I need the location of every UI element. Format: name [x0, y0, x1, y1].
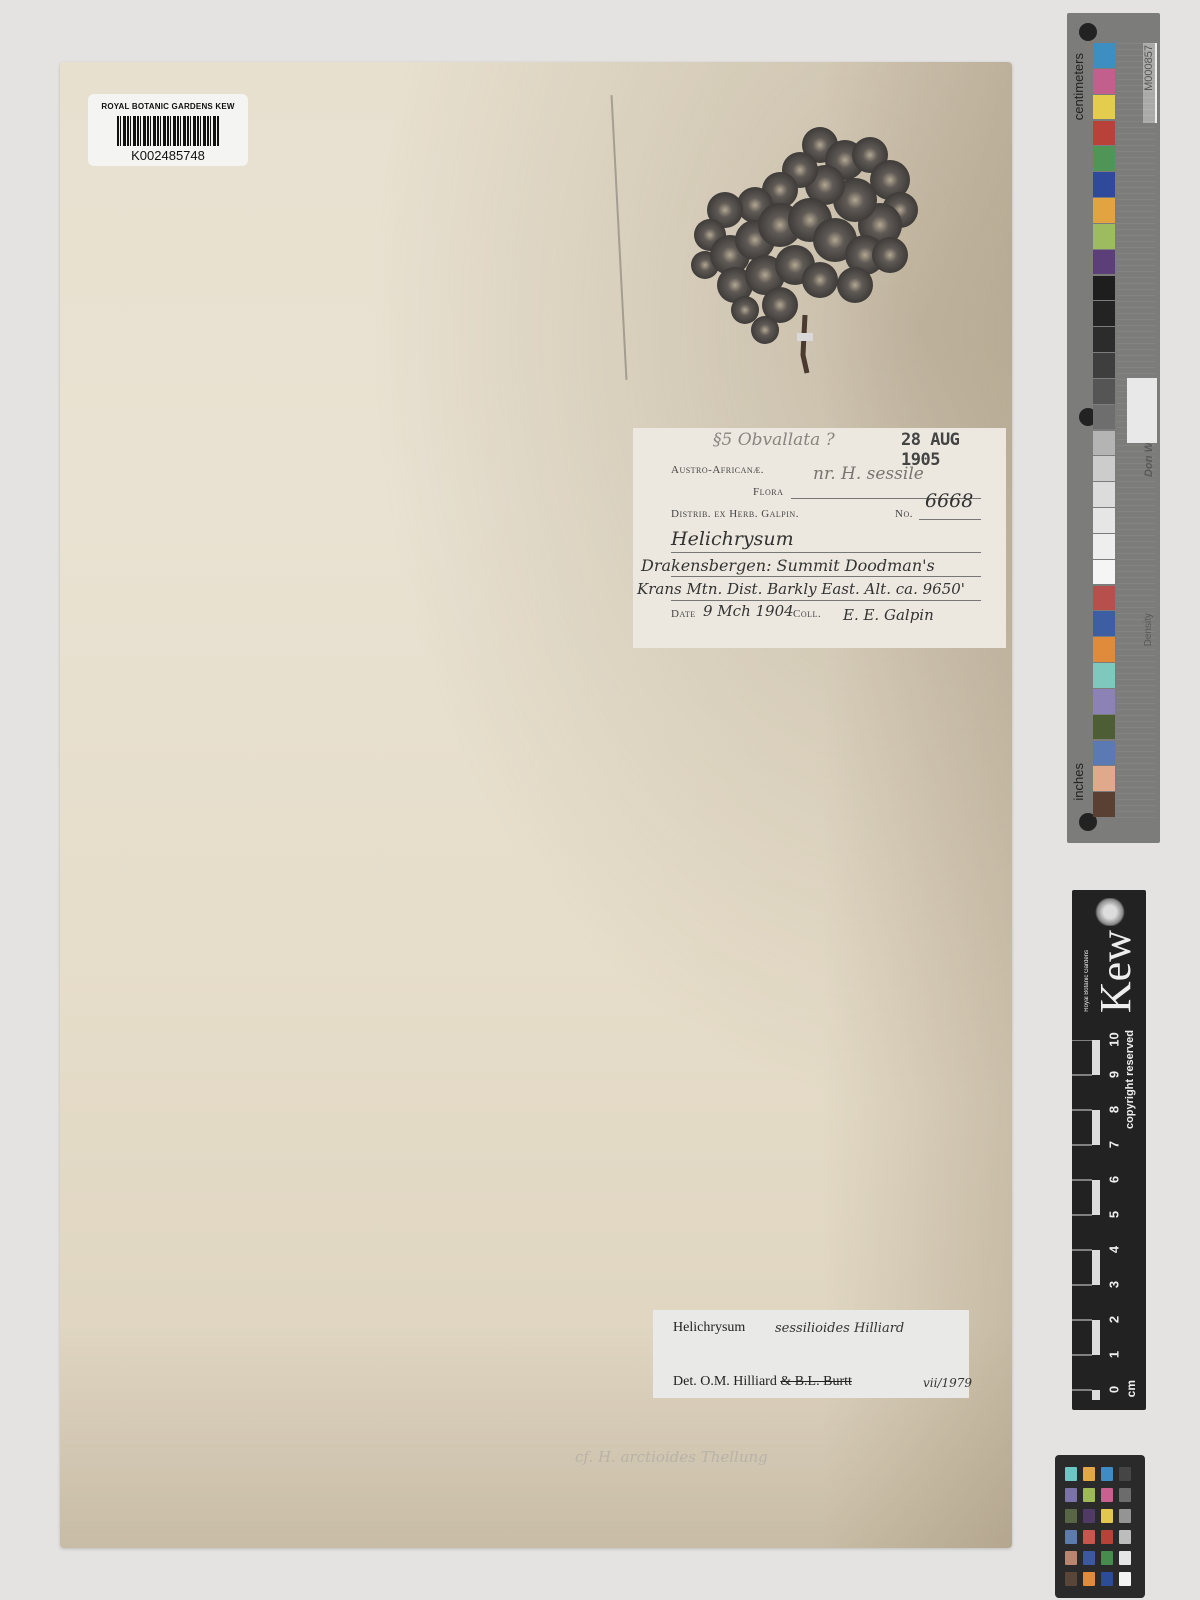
ruler-tick-label: 8	[1107, 1100, 1122, 1120]
checker-patch	[1065, 1572, 1077, 1586]
color-swatch	[1093, 43, 1115, 68]
ruler-tick-label: 0	[1107, 1380, 1122, 1400]
checker-patch	[1065, 1551, 1077, 1565]
genus-handwritten: Helichrysum	[671, 528, 794, 550]
barcode-icon	[117, 116, 219, 146]
kew-logo: Kew	[1090, 930, 1141, 1013]
kew-scale-bar: Kew Royal Botanic Gardens 012345678910 c…	[1072, 890, 1146, 1410]
checker-patch	[1083, 1467, 1095, 1481]
kew-subtitle: Royal Botanic Gardens	[1084, 950, 1090, 1012]
number-label: No.	[895, 508, 913, 520]
label-heading: Austro-Africanæ.	[671, 464, 764, 476]
color-swatch	[1093, 224, 1115, 249]
color-swatch	[1093, 792, 1115, 817]
checker-patch	[1101, 1509, 1113, 1523]
crest-icon	[1094, 898, 1126, 926]
ruler-tick-label: 6	[1107, 1170, 1122, 1190]
determiner-name: Det. O.M. Hilliard	[673, 1374, 777, 1389]
color-swatch	[1093, 69, 1115, 94]
color-swatch	[1093, 121, 1115, 146]
barcode-label: ROYAL BOTANIC GARDENS KEW K002485748	[88, 94, 248, 166]
color-swatch	[1093, 508, 1115, 533]
density-target	[1127, 378, 1157, 443]
checker-gray-patch	[1119, 1530, 1131, 1544]
color-swatch	[1093, 741, 1115, 766]
color-swatch	[1093, 276, 1115, 301]
collector-label-text: Coll.	[793, 608, 821, 620]
color-swatch	[1093, 172, 1115, 197]
checker-patch	[1101, 1572, 1113, 1586]
det-species: sessilioides Hilliard	[775, 1321, 904, 1336]
flora-value: nr. H. sessile	[813, 464, 924, 484]
color-swatch	[1093, 405, 1115, 430]
checker-patch	[1101, 1467, 1113, 1481]
checker-gray-patch	[1119, 1488, 1131, 1502]
color-swatch	[1093, 431, 1115, 456]
checker-gray-patch	[1119, 1467, 1131, 1481]
color-swatch	[1093, 353, 1115, 378]
color-swatch	[1093, 560, 1115, 585]
ruler-tick-label: 9	[1107, 1065, 1122, 1085]
ruler-tick-label: 3	[1107, 1275, 1122, 1295]
checker-patch	[1065, 1488, 1077, 1502]
color-swatch	[1093, 198, 1115, 223]
hole-icon	[1079, 23, 1097, 41]
distrib-label: Distrib. ex Herb. Galpin.	[671, 508, 799, 520]
color-swatch	[1093, 456, 1115, 481]
color-swatch	[1093, 482, 1115, 507]
locality-line-1: Drakensbergen: Summit Doodman's	[641, 556, 935, 575]
determiner: Det. O.M. Hilliard & B.L. Burtt	[673, 1374, 852, 1390]
checker-patch	[1083, 1530, 1095, 1544]
unit-top-label: centimeters	[1071, 53, 1086, 120]
color-swatch	[1093, 327, 1115, 352]
color-swatch	[1093, 586, 1115, 611]
checker-patch	[1083, 1551, 1095, 1565]
checker-gray-patch	[1119, 1509, 1131, 1523]
checker-patch	[1101, 1488, 1113, 1502]
ruler-tick-label: 2	[1107, 1310, 1122, 1330]
copyright-label: copyright reserved	[1124, 1030, 1136, 1129]
color-swatch	[1093, 95, 1115, 120]
ruler-tick-label: 4	[1107, 1240, 1122, 1260]
ruler-tick-label: 10	[1107, 1030, 1122, 1050]
checker-patch	[1101, 1551, 1113, 1565]
color-swatch	[1093, 250, 1115, 275]
checker-patch	[1065, 1530, 1077, 1544]
color-swatch	[1093, 663, 1115, 688]
color-swatch	[1093, 689, 1115, 714]
collector-name: E. E. Galpin	[843, 606, 934, 624]
unit-label: cm	[1124, 1380, 1138, 1397]
checker-gray-patch	[1119, 1551, 1131, 1565]
checker-patch	[1065, 1509, 1077, 1523]
ruler-tick-label: 1	[1107, 1345, 1122, 1365]
checker-patch	[1065, 1467, 1077, 1481]
checker-patch	[1083, 1509, 1095, 1523]
color-swatch	[1093, 379, 1115, 404]
det-genus: Helichrysum	[673, 1320, 745, 1336]
checker-gray-patch	[1119, 1572, 1131, 1586]
date-label: Date	[671, 608, 696, 620]
determination-label: Helichrysum sessilioides Hilliard Det. O…	[653, 1310, 969, 1398]
color-swatch	[1093, 146, 1115, 171]
ruler-tick-label: 5	[1107, 1205, 1122, 1225]
color-calibration-bar: centimeters inches Don Williams Density …	[1067, 13, 1160, 843]
collector-label: §5 Obvallata ? 28 AUG 1905 Austro-Africa…	[633, 428, 1006, 648]
ruler	[1072, 1040, 1100, 1400]
institution-name: ROYAL BOTANIC GARDENS KEW	[88, 102, 248, 111]
checker-patch	[1083, 1488, 1095, 1502]
flora-label: Flora	[753, 486, 783, 498]
color-swatch	[1093, 766, 1115, 791]
color-swatch	[1093, 611, 1115, 636]
checker-patch	[1083, 1572, 1095, 1586]
collection-date: 9 Mch 1904	[703, 602, 794, 620]
checker-patch	[1101, 1530, 1113, 1544]
color-swatch	[1093, 301, 1115, 326]
collection-number: 6668	[925, 490, 973, 512]
determiner-struck: & B.L. Burtt	[780, 1374, 852, 1389]
color-checker-card	[1055, 1455, 1145, 1598]
annotation-top: §5 Obvallata ?	[713, 430, 835, 450]
barcode-number: K002485748	[88, 148, 248, 163]
color-swatch	[1093, 637, 1115, 662]
color-swatch	[1093, 534, 1115, 559]
ruler-tick-label: 7	[1107, 1135, 1122, 1155]
locality-line-2: Krans Mtn. Dist. Barkly East. Alt. ca. 9…	[637, 580, 965, 598]
unit-bottom-label: inches	[1071, 763, 1086, 801]
pencil-annotation: cf. H. arctioides Thellung	[575, 1448, 768, 1466]
plant-specimen-image	[685, 115, 925, 380]
color-swatch	[1093, 715, 1115, 740]
determination-date: vii/1979	[923, 1376, 972, 1390]
